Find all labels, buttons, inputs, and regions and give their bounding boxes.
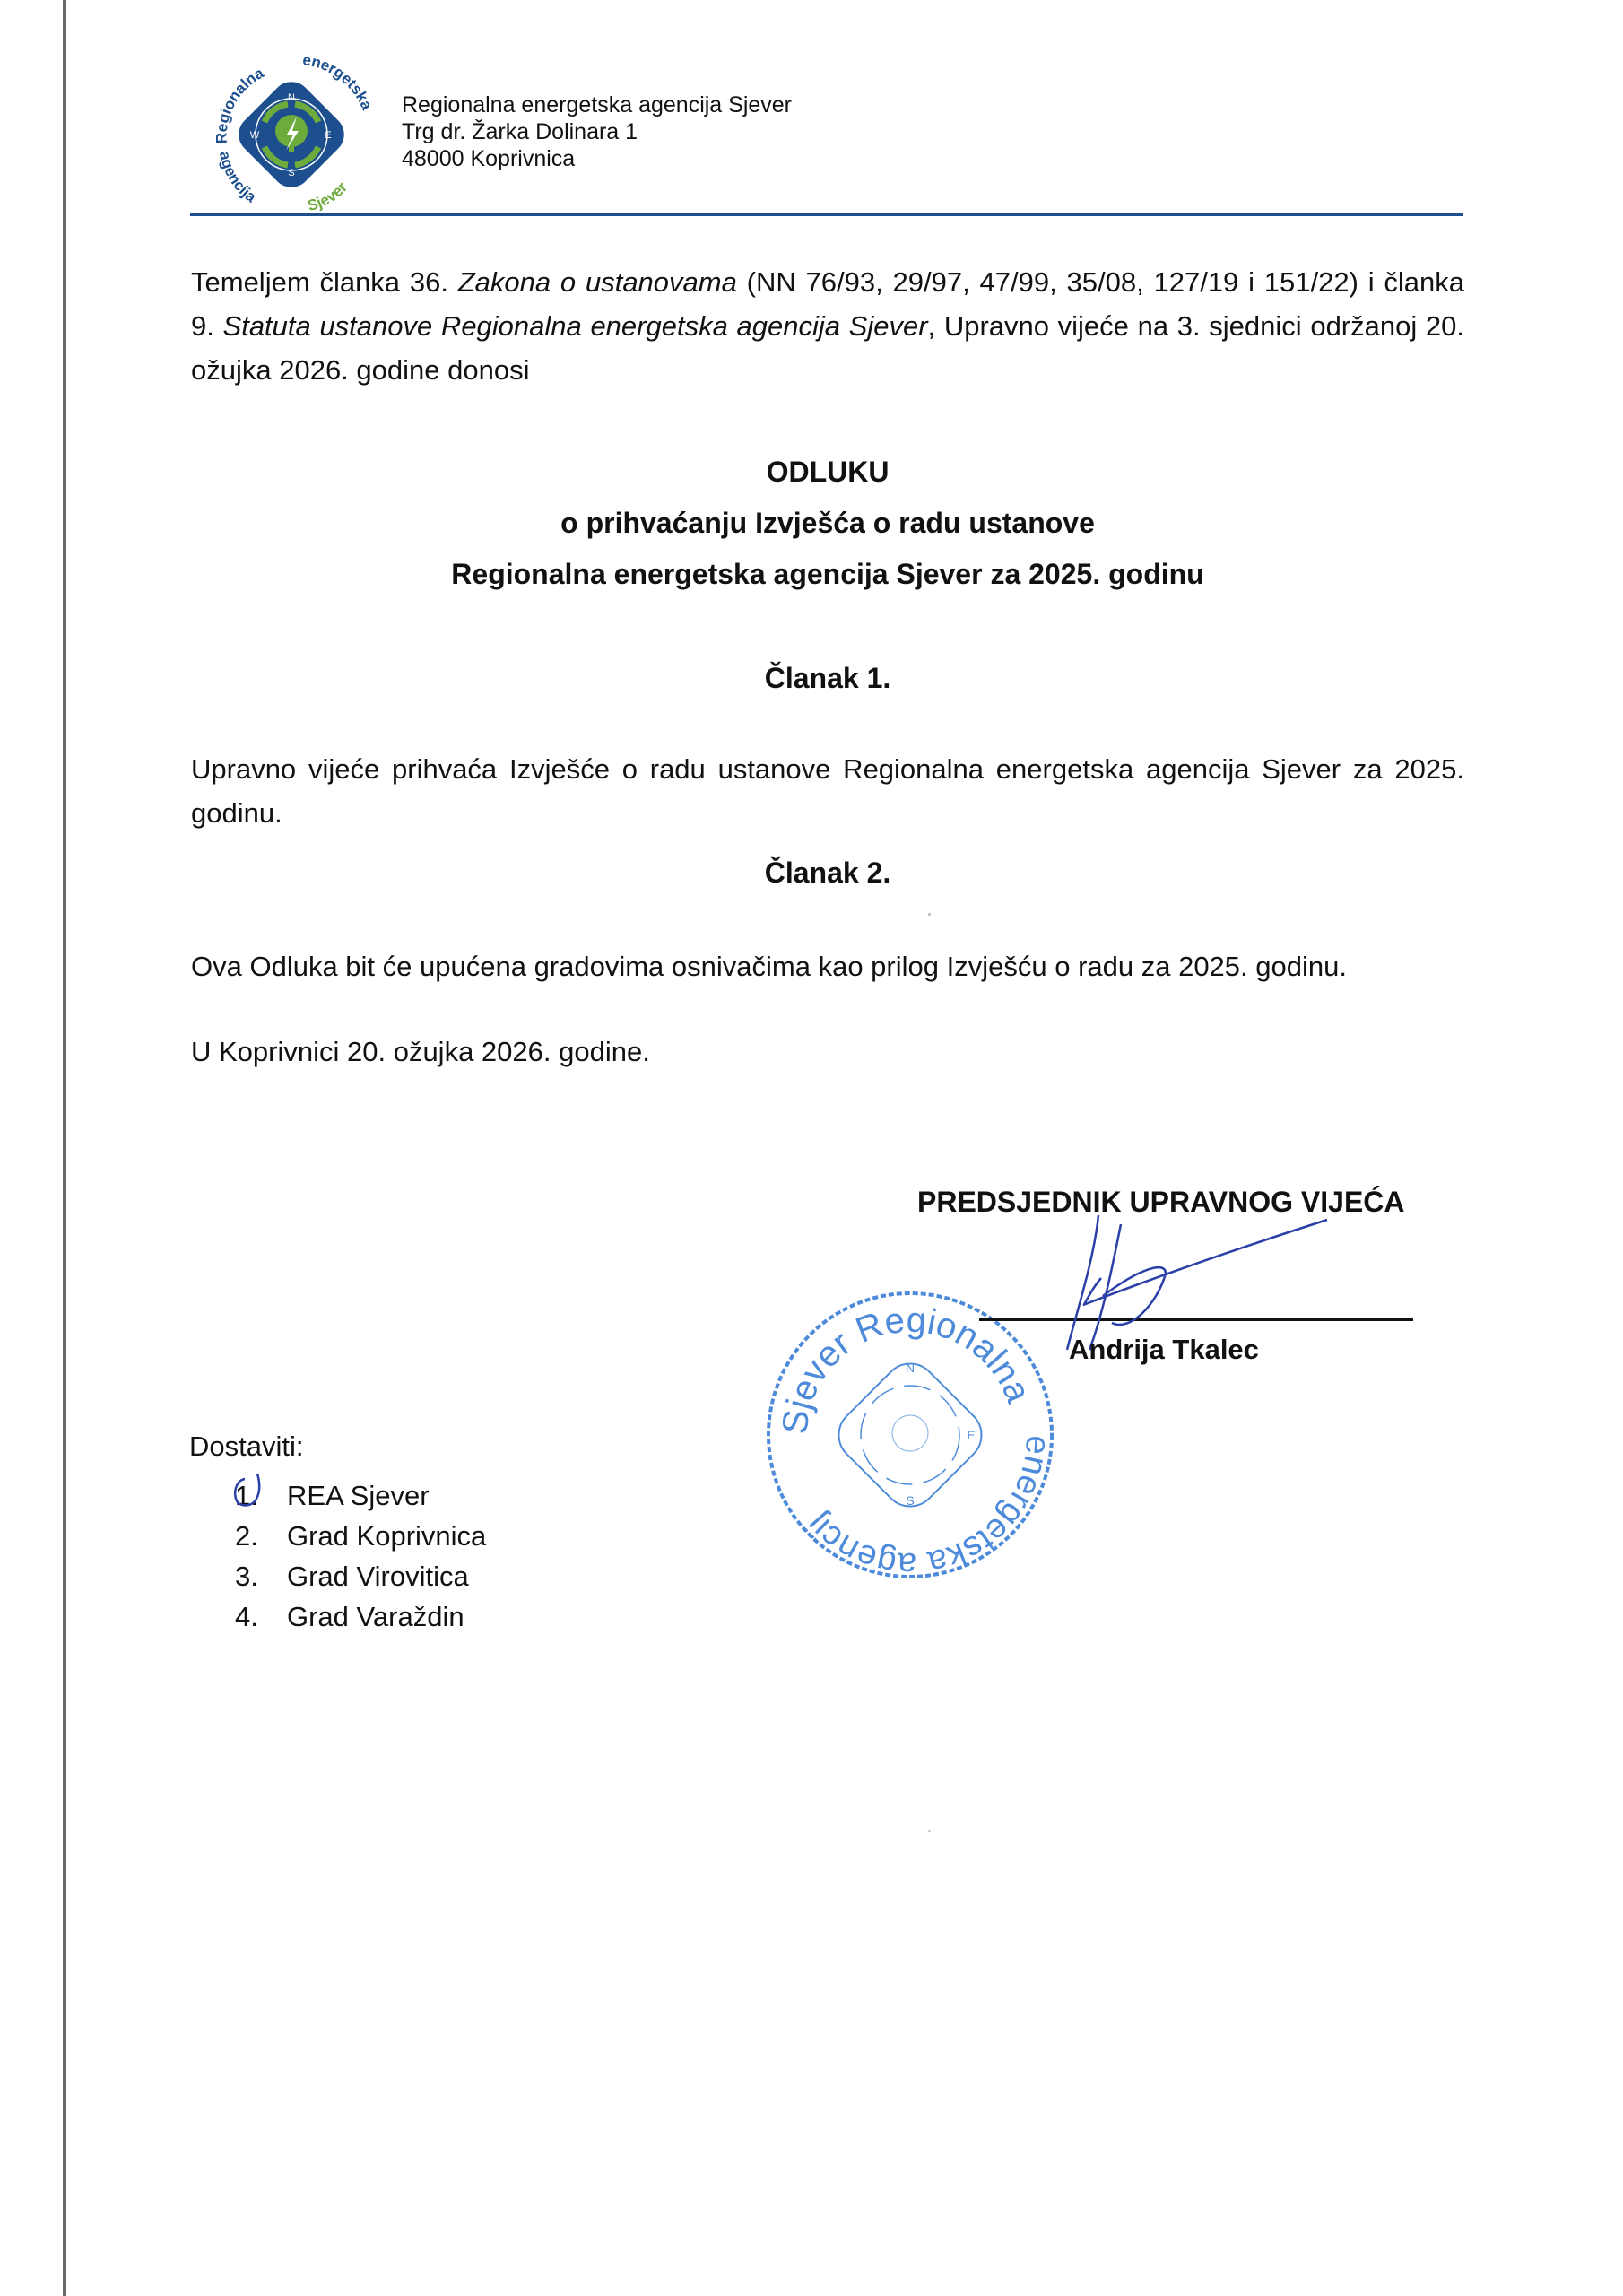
legal-basis-paragraph: Temeljem članka 36. Zakona o ustanovama … [191,260,1464,392]
svg-text:N: N [906,1361,915,1375]
scan-speck [928,1830,931,1832]
postal-city: 48000 Koprivnica [402,145,792,172]
svg-text:S: S [288,168,294,178]
distribution-label: Dostaviti: [189,1431,303,1463]
article-2-heading: Članak 2. [191,857,1464,890]
signatory-name: Andrija Tkalec [1069,1334,1259,1366]
place-and-date: U Koprivnici 20. ožujka 2026. godine. [191,1036,650,1068]
svg-text:agencija: agencija [216,150,260,206]
svg-text:Sjever: Sjever [306,178,351,214]
list-item: 3.Grad Virovitica [235,1556,486,1596]
list-item: 1.REA Sjever [235,1475,486,1516]
title-line: Regionalna energetska agencija Sjever za… [191,549,1464,600]
letterhead-address: Regionalna energetska agencija Sjever Tr… [402,91,792,172]
svg-text:W: W [250,130,260,141]
article-1-heading: Članak 1. [191,662,1464,695]
handwritten-circle-mark-icon [230,1472,266,1509]
document-page: N E S W Regionalna energetska agencija S… [0,0,1623,2296]
intro-text: Temeljem članka 36. [191,266,458,298]
decision-title: ODLUKU o prihvaćanju Izvješća o radu ust… [191,447,1464,600]
title-line: ODLUKU [191,447,1464,498]
svg-text:E: E [325,130,331,141]
title-line: o prihvaćanju Izvješća o radu ustanove [191,498,1464,549]
list-item: 2.Grad Koprivnica [235,1516,486,1556]
svg-text:N: N [288,92,295,103]
svg-text:S: S [906,1493,914,1508]
distribution-list: 1.REA Sjever 2.Grad Koprivnica 3.Grad Vi… [235,1475,486,1637]
street-address: Trg dr. Žarka Dolinara 1 [402,118,792,145]
header-divider [190,213,1463,216]
list-item: 4.Grad Varaždin [235,1596,486,1637]
organization-name: Regionalna energetska agencija Sjever [402,91,792,118]
svg-text:E: E [967,1428,975,1442]
scan-speck [928,913,931,916]
agency-logo-icon: N E S W Regionalna energetska agencija S… [202,45,381,224]
law-reference: Zakona o ustanovama [458,266,737,298]
statute-reference: Statuta ustanove Regionalna energetska a… [223,310,928,342]
article-1-text: Upravno vijeće prihvaća Izvješće o radu … [191,747,1464,835]
article-2-text: Ova Odluka bit će upućena gradovima osni… [191,944,1464,988]
